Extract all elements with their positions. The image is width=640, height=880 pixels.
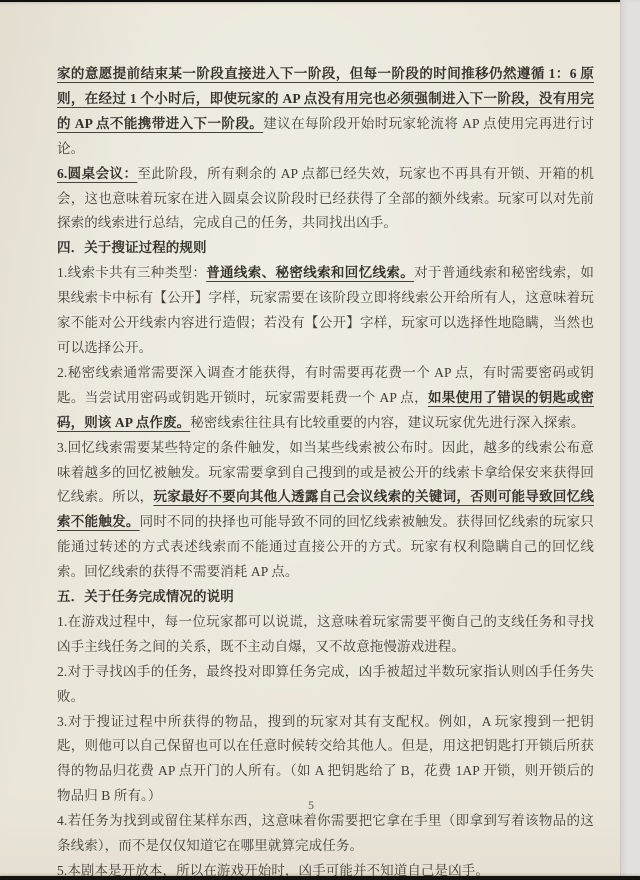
heading: 四．关于搜证过程的规则 bbox=[57, 236, 594, 261]
scan-edge-right-strip bbox=[620, 0, 640, 880]
paragraph: 2.秘密线索通常需要深入调查才能获得，有时需要再花费一个 AP 点，有时需要密码… bbox=[57, 361, 594, 436]
paragraph: 家的意愿提前结束某一阶段直接进入下一阶段，但每一阶段的时间推移仍然遵循 1：6 … bbox=[57, 62, 594, 162]
text-segment: 3.对于搜证过程中所获得的物品，搜到的玩家对其有支配权。例如，A 玩家搜到一把钥… bbox=[57, 714, 594, 804]
text-segment: 五．关于任务完成情况的说明 bbox=[57, 589, 234, 604]
paragraph: 3.对于搜证过程中所获得的物品，搜到的玩家对其有支配权。例如，A 玩家搜到一把钥… bbox=[57, 710, 594, 810]
heading: 五．关于任务完成情况的说明 bbox=[57, 585, 594, 610]
scan-edge-bottom-artifact bbox=[0, 876, 640, 880]
paragraph: 2.对于寻找凶手的任务，最终投对即算任务完成，凶手被超过半数玩家指认则凶手任务失… bbox=[57, 660, 594, 710]
text-segment: 四．关于搜证过程的规则 bbox=[57, 240, 207, 255]
text-segment: 至此阶段，所有剩余的 AP 点都已经失效，玩家也不再具有开锁、开箱的机会，这也意… bbox=[57, 166, 594, 231]
scanned-page: 家的意愿提前结束某一阶段直接进入下一阶段，但每一阶段的时间推移仍然遵循 1：6 … bbox=[0, 0, 640, 880]
text-segment: 2.对于寻找凶手的任务，最终投对即算任务完成，凶手被超过半数玩家指认则凶手任务失… bbox=[57, 664, 594, 704]
text-segment: 6.圆桌会议： bbox=[57, 166, 137, 181]
paragraph: 1.线索卡共有三种类型：普通线索、秘密线索和回忆线索。对于普通线索和秘密线索，如… bbox=[57, 261, 594, 361]
paragraph: 3.回忆线索需要某些特定的条件触发，如当某些线索被公布时。因此，越多的线索公布意… bbox=[57, 436, 594, 585]
text-segment: 1.线索卡共有三种类型： bbox=[57, 265, 206, 280]
text-segment: 秘密线索往往具有比较重要的内容，建议玩家优先进行深入探索。 bbox=[190, 415, 584, 430]
page-number: 5 bbox=[0, 798, 622, 813]
text-segment: 1.在游戏过程中，每一位玩家都可以说谎，这意味着玩家需要平衡自己的支线任务和寻找… bbox=[57, 614, 594, 654]
paragraph: 4.若任务为找到或留住某样东西，这意味着你需要把它拿在手里（即拿到写着该物品的这… bbox=[57, 809, 594, 859]
paragraph: 6.圆桌会议：至此阶段，所有剩余的 AP 点都已经失效，玩家也不再具有开锁、开箱… bbox=[57, 162, 594, 237]
paragraph: 1.在游戏过程中，每一位玩家都可以说谎，这意味着玩家需要平衡自己的支线任务和寻找… bbox=[57, 610, 594, 660]
document-body: 家的意愿提前结束某一阶段直接进入下一阶段，但每一阶段的时间推移仍然遵循 1：6 … bbox=[57, 62, 594, 880]
text-segment: 普通线索、秘密线索和回忆线索。 bbox=[206, 265, 414, 280]
text-segment: 4.若任务为找到或留住某样东西，这意味着你需要把它拿在手里（即拿到写着该物品的这… bbox=[57, 813, 594, 853]
scan-edge-top-artifact bbox=[0, 0, 640, 2]
